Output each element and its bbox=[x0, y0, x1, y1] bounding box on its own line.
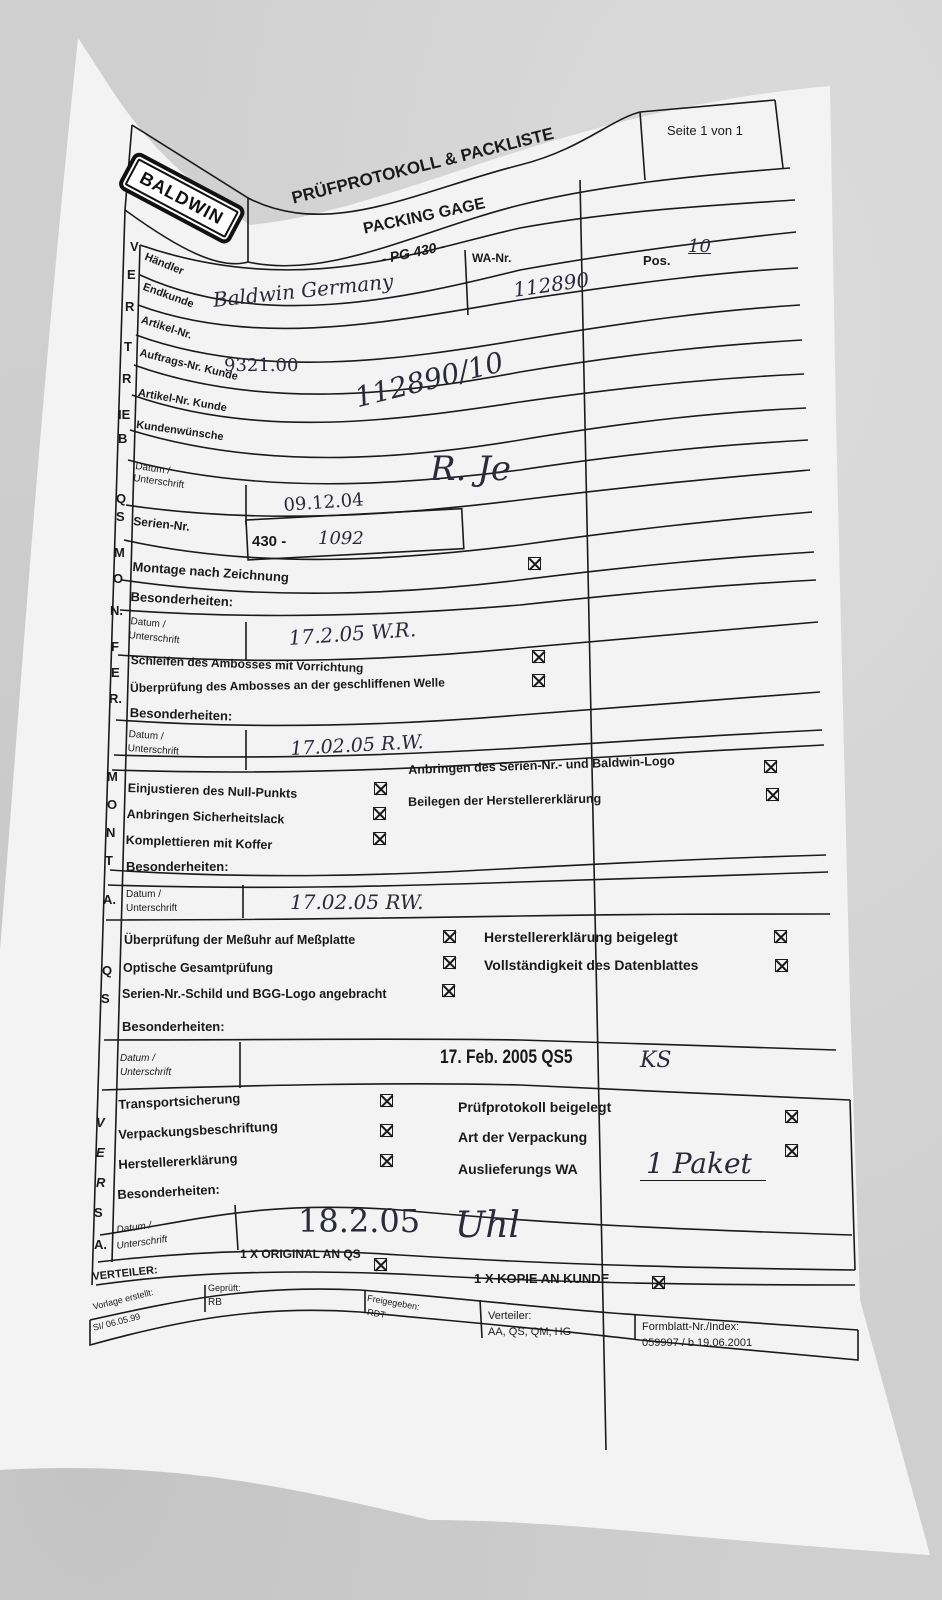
checkbox-herstellererklaerung-versand[interactable] bbox=[380, 1154, 393, 1167]
artikel-nr-label: Artikel-Nr. bbox=[140, 315, 193, 342]
checkbox-koffer[interactable] bbox=[373, 832, 386, 845]
datum-label: Datum / bbox=[128, 730, 164, 742]
unterschrift-label: Unterschrift bbox=[120, 1068, 171, 1078]
checkbox-optische-pruefung[interactable] bbox=[443, 956, 456, 969]
checkbox-montage-zeichnung[interactable] bbox=[528, 557, 541, 570]
datum-label: Datum / bbox=[126, 890, 161, 900]
section-letter: R bbox=[96, 1176, 105, 1189]
section-letter: O bbox=[113, 572, 123, 585]
vorlage-value: SI/ 06.05.99 bbox=[92, 1312, 141, 1332]
auslieferung-value[interactable]: 1 Paket bbox=[640, 1150, 766, 1181]
checklist-item-label: Einjustieren des Null-Punkts bbox=[128, 782, 298, 800]
section-letter: S bbox=[101, 992, 110, 1005]
section-letter: V bbox=[130, 240, 139, 253]
checkbox-datenblatt[interactable] bbox=[775, 959, 788, 972]
datum-label: Datum / bbox=[116, 1221, 152, 1236]
checklist-item-label: Komplettieren mit Koffer bbox=[126, 834, 273, 852]
section-letter: N bbox=[106, 826, 115, 839]
signature[interactable]: Uhl bbox=[455, 1208, 520, 1244]
section-letter: R bbox=[125, 300, 134, 313]
checklist-item-label: Montage nach Zeichnung bbox=[132, 560, 289, 584]
verteiler-kopie: 1 X KOPIE AN KUNDE bbox=[474, 1272, 609, 1285]
qs-initials[interactable]: KS bbox=[640, 1050, 672, 1072]
verteiler-footer-label: Verteiler: bbox=[488, 1311, 531, 1322]
section-letter: E bbox=[127, 268, 136, 281]
checkbox-serien-logo[interactable] bbox=[764, 760, 777, 773]
besonderheiten-label: Besonderheiten: bbox=[126, 860, 229, 873]
checkbox-null-punkt[interactable] bbox=[374, 782, 387, 795]
checkbox-sicherheitslack[interactable] bbox=[373, 807, 386, 820]
checklist-item-label: Beilegen der Herstellererklärung bbox=[408, 793, 601, 809]
endkunde-label: Endkunde bbox=[141, 282, 195, 311]
checkbox-ueberpruefung-amboss[interactable] bbox=[532, 674, 545, 687]
unterschrift-label: Unterschrift bbox=[126, 904, 177, 914]
model-number: - PG 430 - bbox=[380, 239, 446, 266]
checklist-item-label: Anbringen des Serien-Nr.- und Baldwin-Lo… bbox=[408, 755, 675, 777]
verteiler-label: VERTEILER: bbox=[92, 1265, 158, 1283]
wa-nr-label: WA-Nr. bbox=[472, 252, 511, 264]
signature[interactable]: R. Je bbox=[430, 452, 511, 486]
unterschrift-label: Unterschrift bbox=[116, 1235, 168, 1252]
verteiler-footer-value: AA, QS, QM, HG bbox=[488, 1327, 571, 1338]
checklist-item-label: Auslieferungs WA bbox=[458, 1162, 578, 1176]
section-letter: M bbox=[114, 546, 125, 559]
checkbox-messuhr[interactable] bbox=[443, 930, 456, 943]
checkbox-schleifen[interactable] bbox=[532, 650, 545, 663]
checkbox-pruefprotokoll[interactable] bbox=[785, 1110, 798, 1123]
section-letter: M bbox=[107, 770, 118, 783]
section-letter: IE bbox=[118, 408, 130, 421]
besonderheiten-label: Besonderheiten: bbox=[130, 706, 233, 723]
checklist-item-label: Überprüfung der Meßuhr auf Meßplatte bbox=[124, 934, 355, 947]
checklist-item-label: Verpackungsbeschriftung bbox=[118, 1120, 278, 1141]
endkunde-value[interactable]: Baldwin Germany bbox=[212, 271, 394, 310]
pos-label: Pos. bbox=[643, 254, 670, 267]
unterschrift-label: Unterschrift bbox=[133, 474, 185, 491]
auftrags-nr-value[interactable]: 112890/10 bbox=[352, 348, 506, 412]
section-letter: Q bbox=[102, 964, 112, 977]
unterschrift-label: Unterschrift bbox=[128, 631, 180, 646]
qs-stamp: 17. Feb. 2005 QS5 bbox=[440, 1048, 573, 1067]
section-letter: O bbox=[107, 798, 117, 811]
section-letter: R bbox=[122, 372, 131, 385]
checklist-item-label: Vollständigkeit des Datenblattes bbox=[484, 958, 698, 972]
checkbox-kopie-kunde[interactable] bbox=[652, 1276, 665, 1289]
serien-nr-prefix: 430 - bbox=[252, 534, 286, 549]
artikel-nr-kunde-label: Artikel-Nr. Kunde bbox=[137, 388, 227, 414]
section-letter: B bbox=[118, 432, 127, 445]
section-letter: S bbox=[116, 510, 125, 523]
datum-value[interactable]: 17.02.05 R.W. bbox=[290, 733, 424, 759]
checkbox-serien-schild[interactable] bbox=[442, 984, 455, 997]
checkbox-original-qs[interactable] bbox=[374, 1258, 387, 1271]
section-letter: N. bbox=[110, 604, 123, 617]
formblatt-value: 059997 / b 19.06.2001 bbox=[642, 1338, 752, 1349]
page-indicator: Seite 1 von 1 bbox=[667, 124, 743, 137]
datum-value[interactable]: 09.12.04 bbox=[283, 491, 364, 515]
checkbox-herstellererklaerung-beigelegt[interactable] bbox=[774, 930, 787, 943]
baldwin-logo: BALDWIN bbox=[116, 150, 247, 246]
haendler-label: Händler bbox=[143, 252, 185, 278]
datum-value[interactable]: 18.2.05 bbox=[298, 1205, 420, 1237]
geprueft-value: RB bbox=[208, 1298, 222, 1308]
verteiler-original: 1 X ORIGINAL AN QS bbox=[240, 1248, 361, 1260]
checklist-item-label: Anbringen Sicherheitslack bbox=[127, 808, 285, 826]
section-letter: A. bbox=[94, 1238, 107, 1251]
section-letter: R. bbox=[109, 692, 122, 705]
form-document: BALDWIN PRÜFPROTOKOLL & PACKLISTE PACKIN… bbox=[0, 0, 942, 1600]
pos-value[interactable]: 10 bbox=[688, 238, 711, 256]
serien-nr-value[interactable]: 1092 bbox=[318, 530, 364, 548]
checklist-item-label: Herstellererklärung beigelegt bbox=[484, 930, 678, 944]
checklist-item-label: Prüfprotokoll beigelegt bbox=[458, 1100, 611, 1114]
checklist-item-label: Optische Gesamtprüfung bbox=[123, 962, 273, 975]
section-letter: T bbox=[124, 340, 132, 353]
datum-label: Datum / bbox=[130, 617, 166, 631]
serien-nr-label: Serien-Nr. bbox=[133, 515, 191, 533]
kundenwuensche-label: Kundenwünsche bbox=[135, 420, 224, 443]
datum-value[interactable]: 17.02.05 RW. bbox=[290, 892, 423, 912]
besonderheiten-label: Besonderheiten: bbox=[117, 1183, 220, 1201]
vorlage-label: Vorlage erstellt: bbox=[92, 1288, 154, 1312]
checklist-item-label: Herstellererklärung bbox=[118, 1152, 238, 1171]
formblatt-label: Formblatt-Nr./Index: bbox=[642, 1322, 739, 1333]
section-letter: Q bbox=[116, 492, 126, 505]
checkbox-art-verpackung[interactable] bbox=[785, 1144, 798, 1157]
section-letter: F bbox=[111, 640, 119, 653]
section-letter: S bbox=[94, 1206, 103, 1219]
section-letter: E bbox=[96, 1146, 105, 1159]
section-letter: A. bbox=[103, 893, 116, 906]
checkbox-herstellererklaerung[interactable] bbox=[766, 788, 779, 801]
datum-value[interactable]: 17.2.05 W.R. bbox=[288, 619, 417, 648]
section-letter: V bbox=[96, 1116, 105, 1129]
document-title: PRÜFPROTOKOLL & PACKLISTE bbox=[290, 125, 555, 207]
document-subtitle: PACKING GAGE bbox=[362, 196, 487, 237]
section-letter: E bbox=[111, 666, 120, 679]
datum-label: Datum / bbox=[120, 1054, 155, 1064]
checkbox-transportsicherung[interactable] bbox=[380, 1094, 393, 1107]
section-letter: T bbox=[105, 854, 113, 867]
checklist-item-label: Transportsicherung bbox=[118, 1092, 241, 1111]
geprueft-label: Geprüft: bbox=[208, 1284, 241, 1293]
besonderheiten-label: Besonderheiten: bbox=[130, 590, 233, 608]
checklist-item-label: Serien-Nr.-Schild und BGG-Logo angebrach… bbox=[122, 988, 387, 1001]
unterschrift-label: Unterschrift bbox=[127, 744, 179, 758]
besonderheiten-label: Besonderheiten: bbox=[122, 1020, 225, 1033]
checkbox-verpackungsbeschriftung[interactable] bbox=[380, 1124, 393, 1137]
checklist-item-label: Art der Verpackung bbox=[458, 1130, 587, 1144]
wa-nr-value[interactable]: 112890 bbox=[512, 269, 590, 299]
checklist-item-label: Schleifen des Ambosses mit Vorrichtung bbox=[131, 654, 364, 674]
checklist-item-label: Überprüfung des Ambosses an der geschlif… bbox=[130, 677, 445, 694]
freigegeben-value: RDT bbox=[366, 1308, 386, 1320]
